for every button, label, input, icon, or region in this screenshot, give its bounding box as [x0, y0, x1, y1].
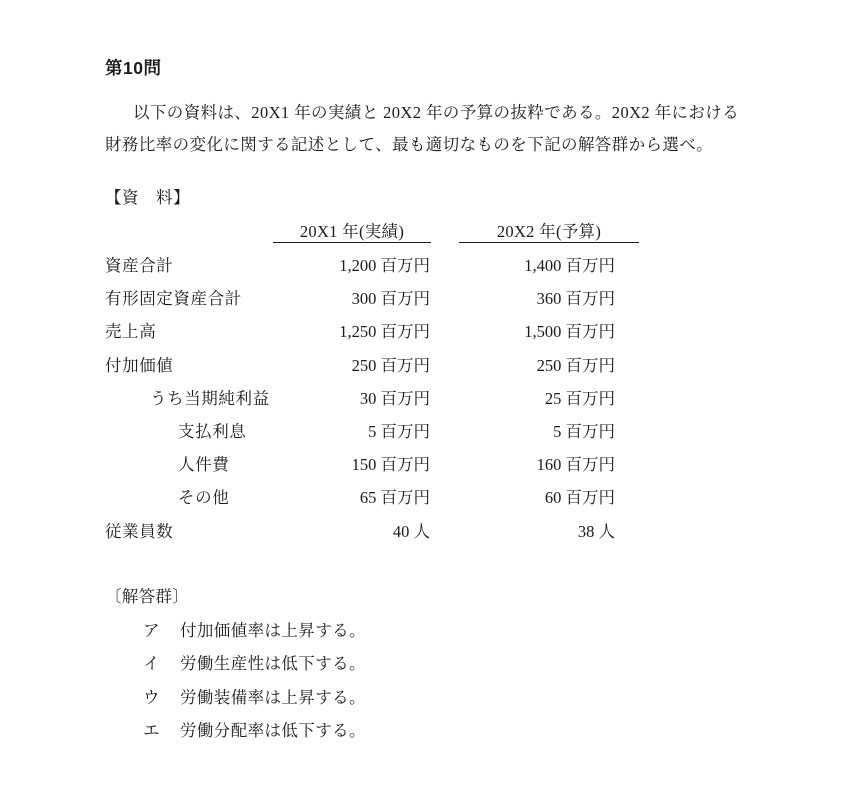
column-gap [431, 382, 459, 415]
option-text: 付加価値率は上昇する。 [180, 614, 366, 647]
row-label: うち当期純利益 [105, 382, 273, 415]
table-body: 資産合計 1,200 百万円 1,400 百万円 有形固定資産合計 300 百万… [105, 249, 639, 548]
row-label: その他 [105, 481, 273, 514]
column-gap [431, 349, 459, 382]
column-gap [431, 448, 459, 481]
column-gap [431, 481, 459, 514]
data-table: 20X1 年(実績) 20X2 年(予算) 資産合計 1,200 百万円 1,4… [105, 222, 639, 548]
row-value-20x2: 1,400 百万円 [459, 249, 639, 282]
table-row: 付加価値 250 百万円 250 百万円 [105, 349, 639, 382]
answer-options: ア 付加価値率は上昇する。 イ 労働生産性は低下する。 ウ 労働装備率は上昇する… [143, 614, 366, 747]
column-gap [431, 282, 459, 315]
question-number: 第10問 [105, 55, 161, 80]
row-value-20x2: 5 百万円 [459, 415, 639, 448]
column-gap [431, 415, 459, 448]
intro-paragraph: 以下の資料は、20X1 年の実績と 20X2 年の予算の抜粋である。20X2 年… [105, 97, 739, 161]
answer-option-e: エ 労働分配率は低下する。 [143, 714, 366, 747]
row-value-20x2: 38 人 [459, 515, 639, 548]
table-row: 従業員数 40 人 38 人 [105, 515, 639, 548]
table-row: 有形固定資産合計 300 百万円 360 百万円 [105, 282, 639, 315]
answer-option-a: ア 付加価値率は上昇する。 [143, 614, 366, 647]
row-label: 資産合計 [105, 249, 273, 282]
intro-line-2: 財務比率の変化に関する記述として、最も適切なものを下記の解答群から選べ。 [105, 129, 739, 161]
materials-label: 【資 料】 [105, 186, 190, 210]
table-row: 支払利息 5 百万円 5 百万円 [105, 415, 639, 448]
column-header-20x1: 20X1 年(実績) [273, 222, 431, 243]
answer-option-u: ウ 労働装備率は上昇する。 [143, 681, 366, 714]
table-row: 資産合計 1,200 百万円 1,400 百万円 [105, 249, 639, 282]
table-header-row: 20X1 年(実績) 20X2 年(予算) [105, 222, 639, 243]
column-gap [431, 515, 459, 548]
option-letter: ウ [143, 681, 180, 714]
table-row: その他 65 百万円 60 百万円 [105, 481, 639, 514]
column-gap [431, 222, 459, 243]
table-row: 売上高 1,250 百万円 1,500 百万円 [105, 315, 639, 348]
option-letter: エ [143, 714, 180, 747]
answer-option-i: イ 労働生産性は低下する。 [143, 647, 366, 680]
table-row: 人件費 150 百万円 160 百万円 [105, 448, 639, 481]
option-text: 労働装備率は上昇する。 [180, 681, 366, 714]
row-value-20x1: 30 百万円 [273, 382, 431, 415]
column-gap [431, 315, 459, 348]
row-value-20x1: 1,200 百万円 [273, 249, 431, 282]
exam-page: 第10問 以下の資料は、20X1 年の実績と 20X2 年の予算の抜粋である。2… [0, 0, 849, 809]
answer-group-label: 〔解答群〕 [105, 586, 189, 608]
row-value-20x2: 360 百万円 [459, 282, 639, 315]
row-value-20x1: 300 百万円 [273, 282, 431, 315]
row-value-20x2: 60 百万円 [459, 481, 639, 514]
option-text: 労働分配率は低下する。 [180, 714, 366, 747]
row-label: 従業員数 [105, 515, 273, 548]
row-label: 付加価値 [105, 349, 273, 382]
option-text: 労働生産性は低下する。 [180, 647, 366, 680]
row-value-20x1: 250 百万円 [273, 349, 431, 382]
row-value-20x2: 1,500 百万円 [459, 315, 639, 348]
option-letter: イ [143, 647, 180, 680]
row-value-20x1: 1,250 百万円 [273, 315, 431, 348]
option-letter: ア [143, 614, 180, 647]
column-gap [431, 249, 459, 282]
row-value-20x1: 65 百万円 [273, 481, 431, 514]
header-spacer [105, 222, 273, 243]
intro-line-1: 以下の資料は、20X1 年の実績と 20X2 年の予算の抜粋である。20X2 年… [105, 97, 739, 129]
column-header-20x2: 20X2 年(予算) [459, 222, 639, 243]
row-value-20x2: 25 百万円 [459, 382, 639, 415]
row-label: 人件費 [105, 448, 273, 481]
row-value-20x2: 250 百万円 [459, 349, 639, 382]
row-label: 有形固定資産合計 [105, 282, 273, 315]
row-value-20x1: 40 人 [273, 515, 431, 548]
row-value-20x1: 150 百万円 [273, 448, 431, 481]
table-row: うち当期純利益 30 百万円 25 百万円 [105, 382, 639, 415]
row-label: 支払利息 [105, 415, 273, 448]
row-value-20x2: 160 百万円 [459, 448, 639, 481]
row-label: 売上高 [105, 315, 273, 348]
row-value-20x1: 5 百万円 [273, 415, 431, 448]
